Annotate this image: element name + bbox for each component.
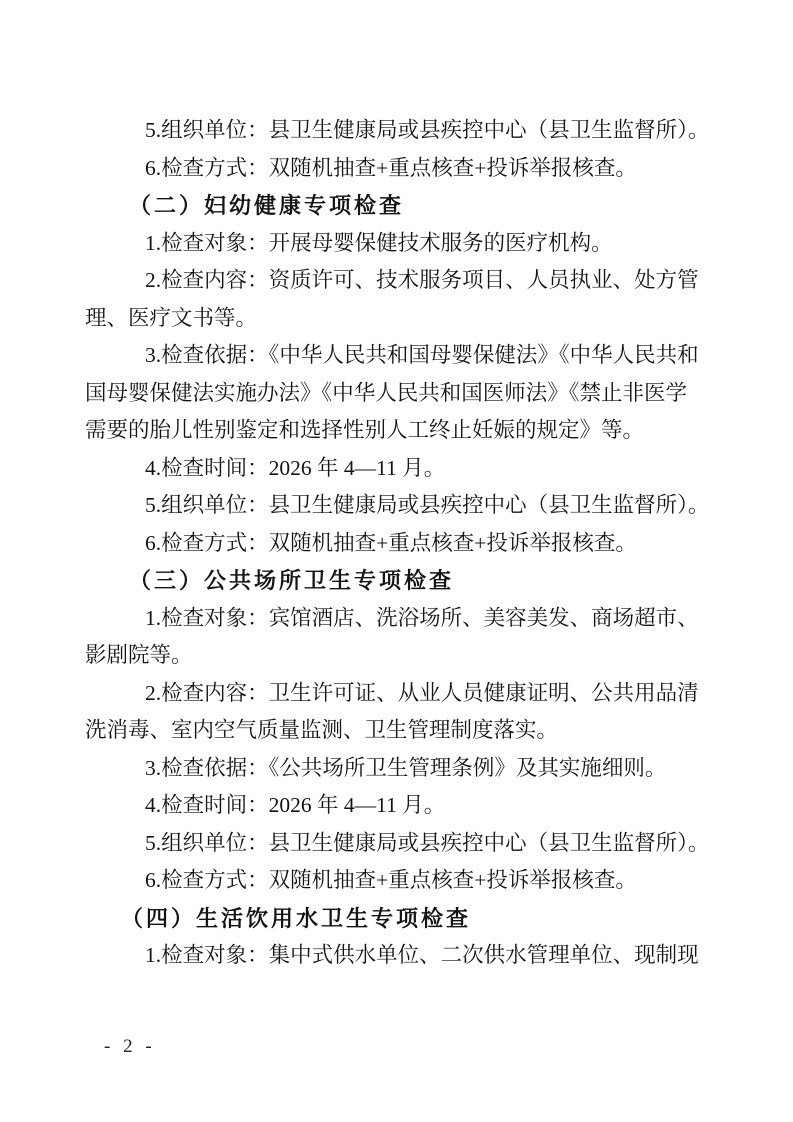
section-heading: （二）妇幼健康专项检查 bbox=[85, 187, 717, 225]
text-line: 影剧院等。 bbox=[85, 637, 717, 675]
text-line: 4.检查时间：2026 年 4—11 月。 bbox=[85, 450, 717, 488]
text-line: 3.检查依据：《中华人民共和国母婴保健法》《中华人民共和 bbox=[85, 337, 717, 375]
text-line: 2.检查内容：卫生许可证、从业人员健康证明、公共用品清 bbox=[85, 675, 717, 713]
text-line: 2.检查内容：资质许可、技术服务项目、人员执业、处方管 bbox=[85, 262, 717, 300]
text-line: 4.检查时间：2026 年 4—11 月。 bbox=[85, 787, 717, 825]
document-page: 5.组织单位：县卫生健康局或县疾控中心（县卫生监督所）。6.检查方式：双随机抽查… bbox=[0, 0, 793, 1122]
text-line: 6.检查方式：双随机抽查+重点核查+投诉举报核查。 bbox=[85, 525, 717, 563]
text-line: 5.组织单位：县卫生健康局或县疾控中心（县卫生监督所）。 bbox=[85, 825, 717, 863]
text-line: 6.检查方式：双随机抽查+重点核查+投诉举报核查。 bbox=[85, 862, 717, 900]
text-line: 1.检查对象：开展母婴保健技术服务的医疗机构。 bbox=[85, 225, 717, 263]
text-line: 理、医疗文书等。 bbox=[85, 300, 717, 338]
section-heading: （三）公共场所卫生专项检查 bbox=[85, 562, 717, 600]
section-heading: （四）生活饮用水卫生专项检查 bbox=[85, 900, 717, 938]
text-line: 6.检查方式：双随机抽查+重点核查+投诉举报核查。 bbox=[85, 150, 717, 188]
text-line: 国母婴保健法实施办法》《中华人民共和国医师法》《禁止非医学 bbox=[85, 375, 717, 413]
text-line: 1.检查对象：集中式供水单位、二次供水管理单位、现制现 bbox=[85, 937, 717, 975]
text-line: 洗消毒、室内空气质量监测、卫生管理制度落实。 bbox=[85, 712, 717, 750]
text-line: 3.检查依据：《公共场所卫生管理条例》及其实施细则。 bbox=[85, 750, 717, 788]
document-body: 5.组织单位：县卫生健康局或县疾控中心（县卫生监督所）。6.检查方式：双随机抽查… bbox=[85, 112, 717, 975]
page-number: - 2 - bbox=[104, 1036, 156, 1058]
text-line: 5.组织单位：县卫生健康局或县疾控中心（县卫生监督所）。 bbox=[85, 487, 717, 525]
text-line: 5.组织单位：县卫生健康局或县疾控中心（县卫生监督所）。 bbox=[85, 112, 717, 150]
text-line: 需要的胎儿性别鉴定和选择性别人工终止妊娠的规定》等。 bbox=[85, 412, 717, 450]
text-line: 1.检查对象：宾馆酒店、洗浴场所、美容美发、商场超市、 bbox=[85, 600, 717, 638]
